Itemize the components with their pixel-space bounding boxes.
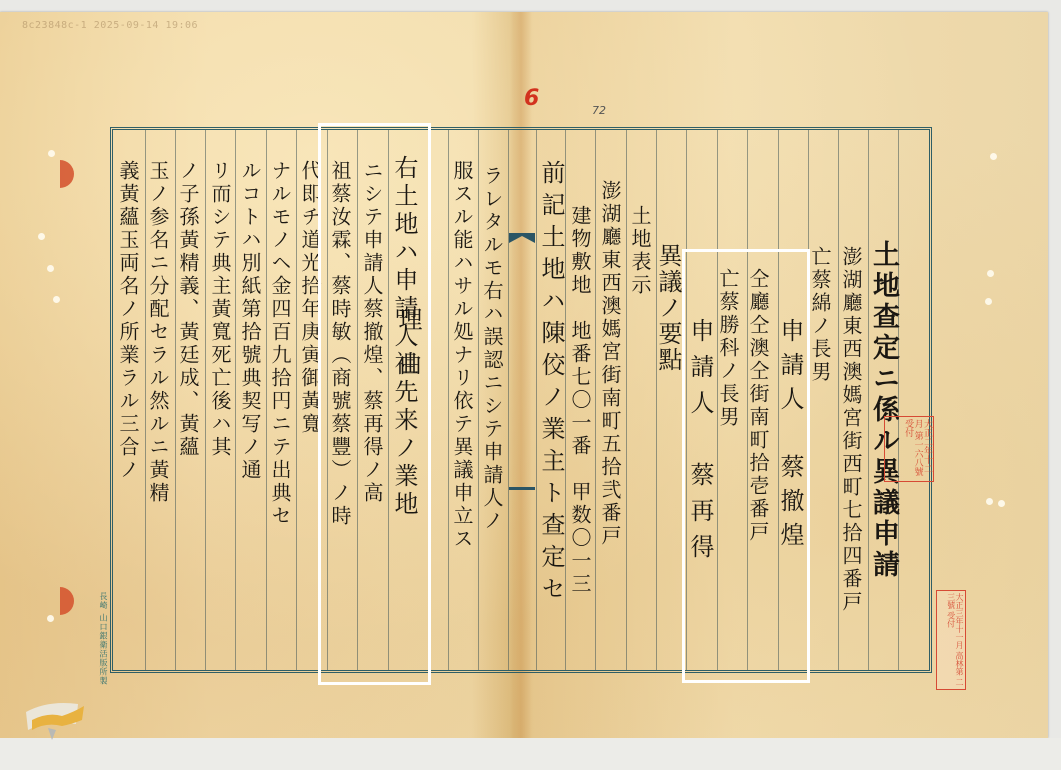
registry-stamp: 大正三年十一月 高林第 二三號 受付 bbox=[936, 590, 966, 690]
column-rule bbox=[656, 130, 657, 670]
publisher-mark: 長崎 山口銀衛活版所製 bbox=[98, 592, 109, 686]
reason-text-5: ナルモノヘ金四百九拾円ニテ出典セ bbox=[270, 160, 290, 528]
binding-hole bbox=[53, 296, 60, 303]
reason-text-9: 玉ノ参名ニ分配セラル然ルニ黃精 bbox=[148, 160, 168, 505]
scan-background bbox=[0, 738, 1061, 770]
reason-text-6: ルコトハ別紙第拾號典契写ノ通 bbox=[240, 160, 260, 482]
column-rule bbox=[448, 130, 449, 670]
land-display-heading: 土地表示 bbox=[630, 205, 650, 297]
folio-number-pencil: 72 bbox=[592, 104, 606, 117]
column-rule bbox=[235, 130, 236, 670]
applicant1-relation: 亡蔡綿ノ長男 bbox=[810, 246, 830, 384]
land-lot-info: 建物敷地 地番七〇一番 甲数〇一三 bbox=[570, 205, 590, 596]
binding-hole bbox=[998, 500, 1005, 507]
binding-hole bbox=[990, 153, 997, 160]
objection-text-1: 前記土地ハ陳佼ノ業主ト查定セ bbox=[539, 160, 563, 608]
objection-text-3: 服スル能ハサル処ナリ依テ異議申立ス bbox=[452, 160, 472, 551]
binding-hole bbox=[48, 150, 55, 157]
reason-text-4: 代即チ道光拾年庚寅御黃寬 bbox=[300, 160, 320, 436]
column-rule bbox=[205, 130, 206, 670]
scan-watermark-id: 8c23848c-1 2025-09-14 19:06 bbox=[22, 20, 198, 31]
column-rule bbox=[595, 130, 596, 670]
receipt-stamp: 大正二年十二月 第一六八號 受付 bbox=[884, 416, 934, 482]
column-rule bbox=[266, 130, 267, 670]
folio-number-red: 6 bbox=[524, 86, 539, 111]
applicant1-address: 澎湖廳東西澳媽宮街西町七拾四番戸 bbox=[841, 246, 861, 614]
reason-text-8: ノ子孫黃精義、黃廷成、黃蘊 bbox=[178, 160, 198, 459]
highlight-box-reason bbox=[318, 123, 431, 685]
fishtail-mark-bottom bbox=[509, 487, 535, 490]
column-rule bbox=[296, 130, 297, 670]
objection-text-2: ラレタルモ右ハ誤認ニシテ申請人ノ bbox=[482, 165, 502, 533]
binding-hole bbox=[986, 498, 993, 505]
column-rule bbox=[565, 130, 566, 670]
binding-hole bbox=[987, 270, 994, 277]
reason-text-10: 義黃蘊玉両名ノ所業ラル三合ノ bbox=[118, 160, 138, 482]
column-rule bbox=[478, 130, 479, 670]
column-rule bbox=[508, 130, 509, 670]
binding-hole bbox=[47, 615, 54, 622]
land-address: 澎湖廳東西澳媽宮街南町五拾弐番戸 bbox=[600, 180, 620, 548]
highlight-box-applicants bbox=[682, 249, 810, 683]
binding-hole bbox=[38, 233, 45, 240]
binding-hole bbox=[985, 298, 992, 305]
reason-text-7: リ而シテ典主黃寬死亡後ハ其 bbox=[210, 160, 230, 459]
column-rule bbox=[626, 130, 627, 670]
archive-logo-icon bbox=[18, 690, 90, 742]
document-title: 土地查定ニ係ル異議申請 bbox=[870, 240, 897, 581]
objection-points-heading: 異議ノ要點 bbox=[656, 243, 680, 373]
binding-hole bbox=[47, 265, 54, 272]
